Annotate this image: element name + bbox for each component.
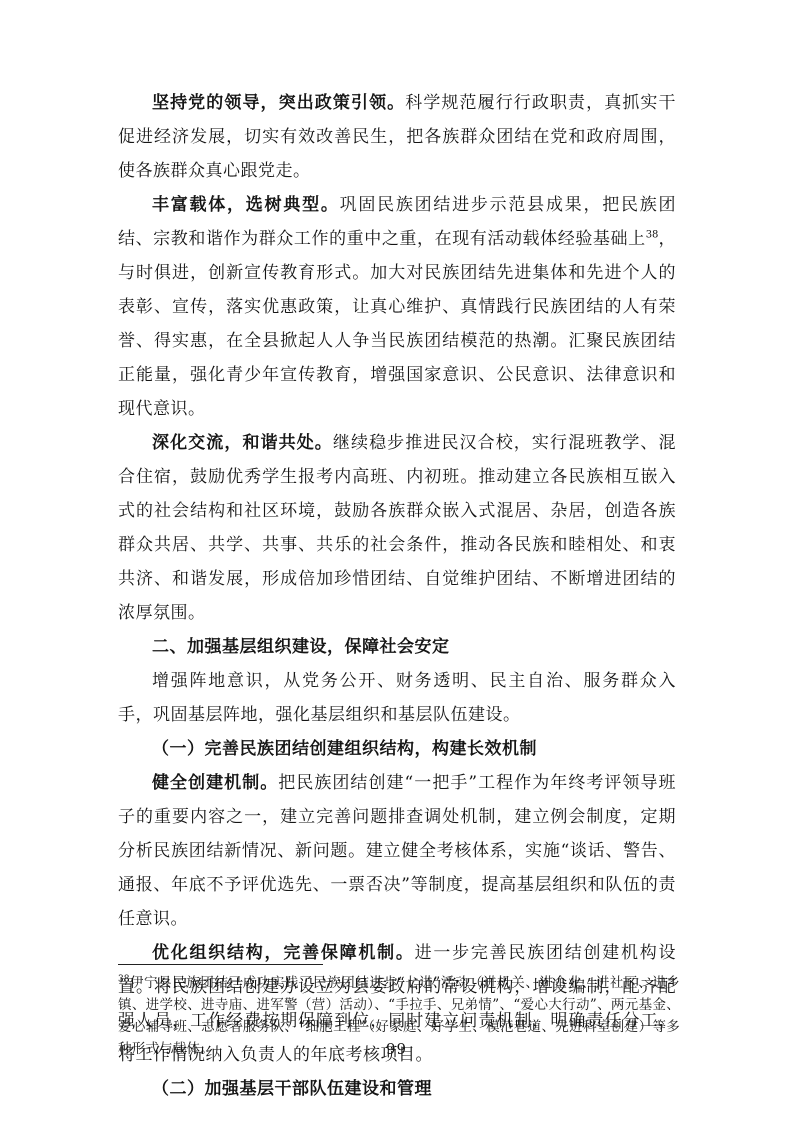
paragraph-text: ，与时俱进，创新宣传教育形式。加大对民族团结先进集体和先进个人的表彰、宣传，落实… — [118, 229, 676, 419]
paragraph-policy-leadership: 坚持党的领导，突出政策引领。科学规范履行行政职责，真抓实干促进经济发展，切实有效… — [118, 86, 676, 188]
paragraph-creation-mechanism: 健全创建机制。把民族团结创建“一把手”工程作为年终考评领导班子的重要内容之一，建… — [118, 766, 676, 936]
paragraph-lead: 优化组织结构，完善保障机制。 — [152, 943, 415, 962]
footnote-number: 38 — [118, 975, 129, 985]
paragraph-lead: 深化交流，和谐共处。 — [152, 433, 333, 452]
paragraph-grassroots-intro: 增强阵地意识，从党务公开、财务透明、民主自治、服务群众入手，巩固基层阵地，强化基… — [118, 664, 676, 732]
paragraph-deepen-exchange: 深化交流，和谐共处。继续稳步推进民汉合校，实行混班教学、混合住宿，鼓励优秀学生报… — [118, 426, 676, 630]
subsection-heading-2: （二）加强基层干部队伍建设和管理 — [118, 1072, 676, 1106]
page-number: 99 — [0, 1040, 793, 1058]
paragraph-text: 把民族团结创建“一把手”工程作为年终考评领导班子的重要内容之一，建立完善问题排查… — [118, 773, 676, 929]
paragraph-enrich-carriers: 丰富载体，选树典型。巩固民族团结进步示范县成果，把民族团结、宗教和谐作为群众工作… — [118, 188, 676, 426]
paragraph-lead: 丰富载体，选树典型。 — [152, 195, 340, 214]
section-heading-2: 二、加强基层组织建设，保障社会安定 — [118, 630, 676, 664]
footnote-reference-38: 38 — [646, 229, 659, 240]
document-page: 坚持党的领导，突出政策引领。科学规范履行行政职责，真抓实干促进经济发展，切实有效… — [0, 0, 793, 1122]
paragraph-lead: 坚持党的领导，突出政策引领。 — [152, 93, 405, 112]
paragraph-text: 继续稳步推进民汉合校，实行混班教学、混合住宿，鼓励优秀学生报考内高班、内初班。推… — [118, 433, 676, 623]
paragraph-text: 增强阵地意识，从党务公开、财务透明、民主自治、服务群众入手，巩固基层阵地，强化基… — [118, 671, 676, 725]
paragraph-lead: 健全创建机制。 — [152, 773, 278, 792]
footnote-separator-rule — [118, 964, 323, 965]
subsection-heading-1: （一）完善民族团结创建组织结构，构建长效机制 — [118, 732, 676, 766]
document-body: 坚持党的领导，突出政策引领。科学规范履行行政职责，真抓实干促进经济发展，切实有效… — [118, 86, 676, 1106]
